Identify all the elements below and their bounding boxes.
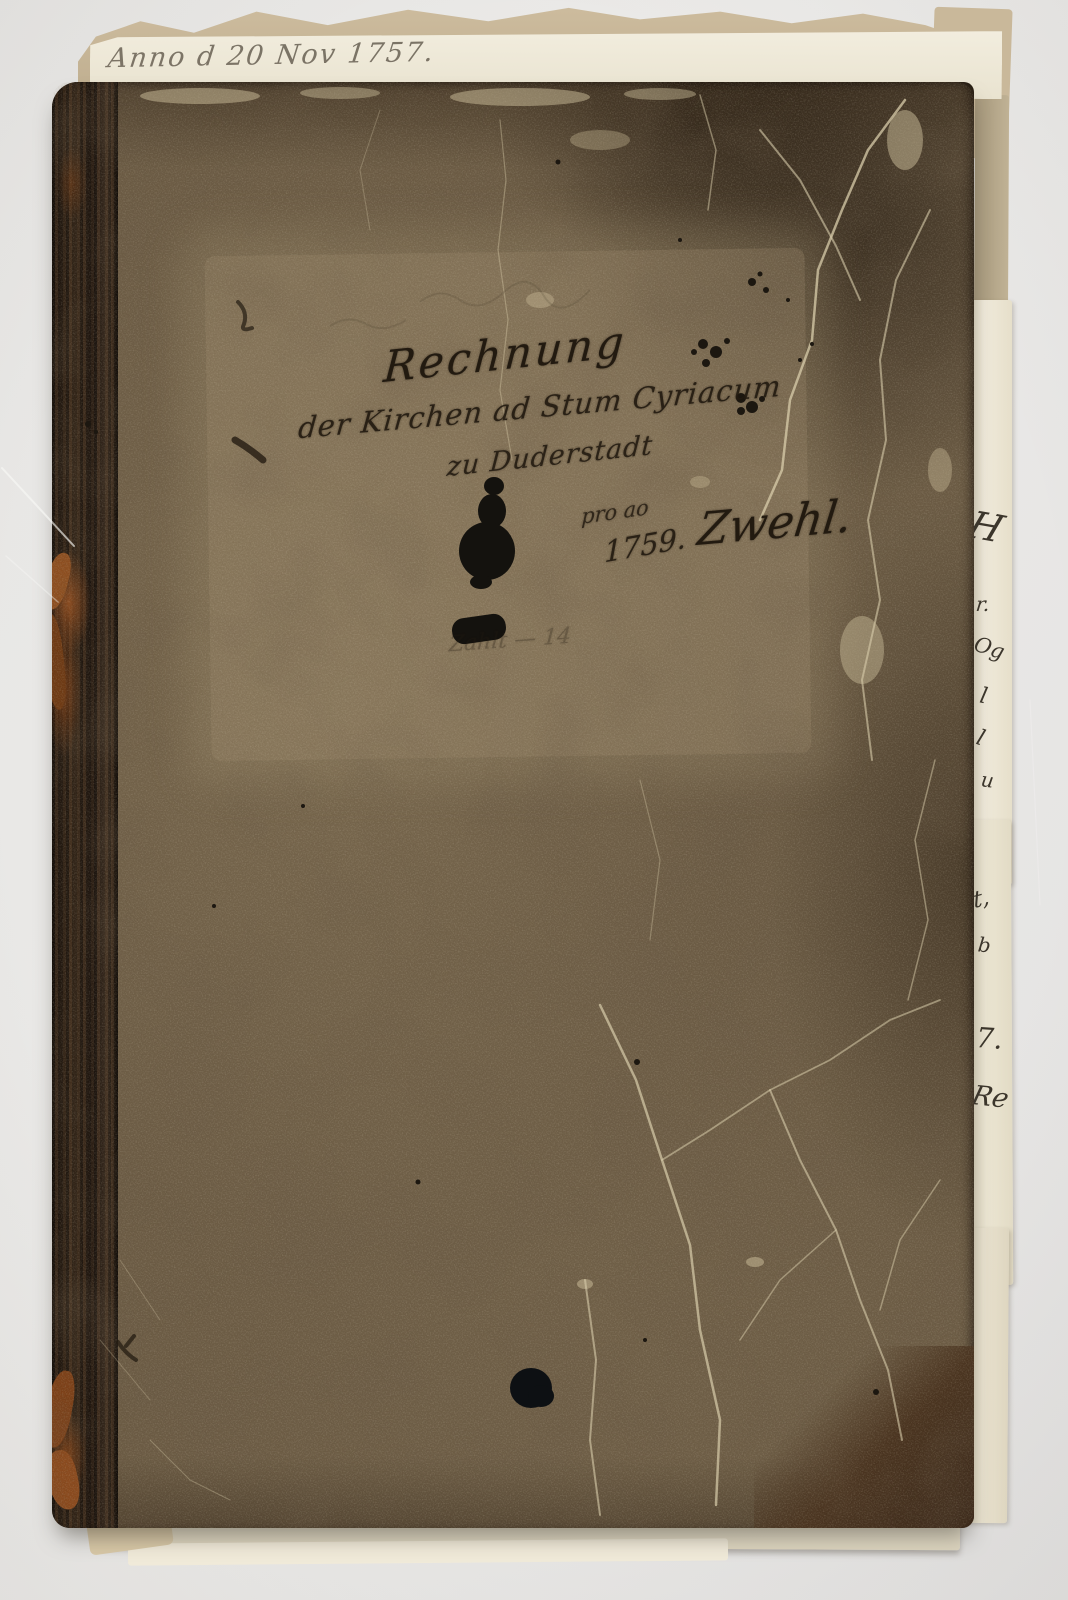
spine-worn-patch [52,613,69,711]
leather-corner-patch [754,1346,974,1528]
spine-worn-patch [52,1448,84,1513]
page-edge-fragment: Re [968,1080,1012,1114]
spine-worn-patch [52,550,75,612]
page-edge-fragment: r. [975,592,991,616]
spine-worn-patch [52,1368,79,1449]
page-edge-bottom-inner [128,1538,728,1565]
book-spine [52,82,118,1528]
page-edge-fragment: 7. [975,1021,1004,1056]
photo-archival-book: Anno d 20 Nov 1757. H r. Og l l u t, b 7… [0,0,1068,1600]
page-edge-fragment: b [977,932,992,957]
loose-sheet-inscription: Anno d 20 Nov 1757. [106,37,437,74]
book-cover [52,82,974,1528]
page-edge-fragment: t, [972,884,991,914]
title-label-area [205,248,812,761]
